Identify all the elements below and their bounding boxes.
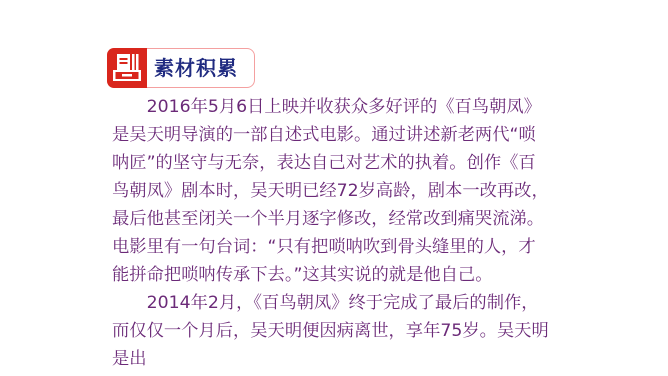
article-body: 2016年5月6日上映并收获众多好评的《百鸟朝凤》是吴天明导演的一部自述式电影。… xyxy=(112,93,552,373)
document-tray-icon xyxy=(107,48,147,88)
section-title: 素材积累 xyxy=(154,55,238,81)
paragraph-2: 2014年2月，《百鸟朝凤》终于完成了最后的制作，而仅仅一个月后，吴天明便因病离… xyxy=(112,289,552,373)
paragraph-1: 2016年5月6日上映并收获众多好评的《百鸟朝凤》是吴天明导演的一部自述式电影。… xyxy=(112,93,552,289)
section-badge: 素材积累 xyxy=(107,48,255,88)
